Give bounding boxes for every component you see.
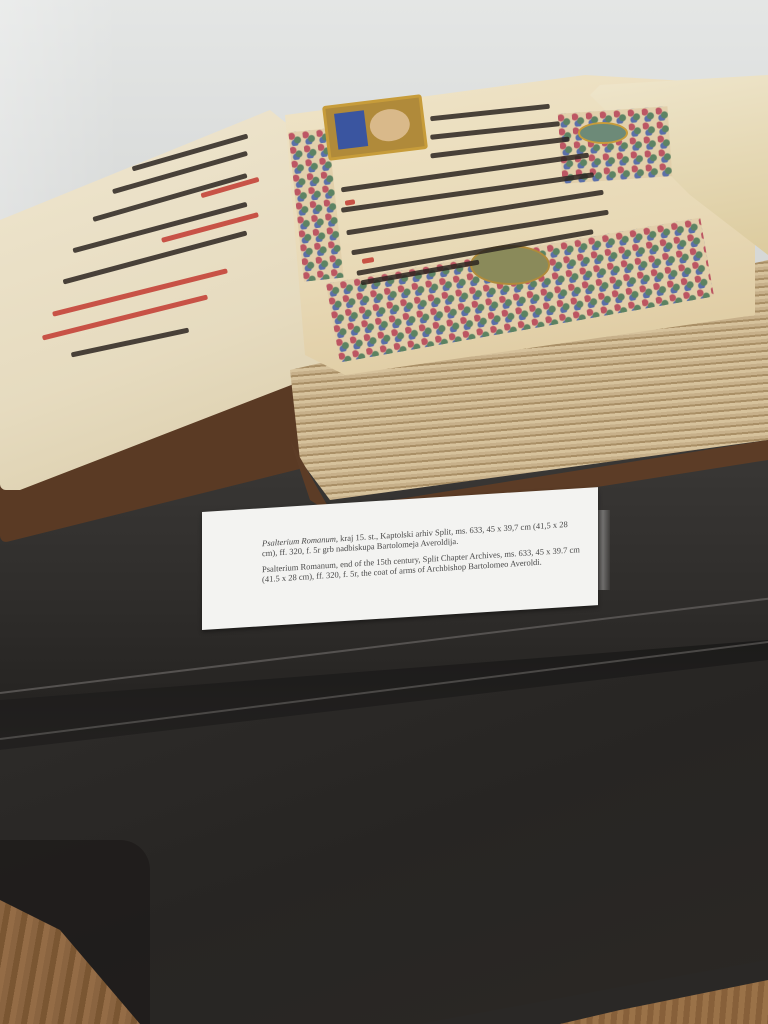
museum-display-photo: Psalterium Romanum, kraj 15. st., Kaptol… (0, 0, 768, 1024)
glass-reflection (596, 510, 610, 590)
floral-border (558, 106, 673, 184)
coat-of-arms-medallion (578, 122, 628, 144)
manuscript-book (0, 0, 768, 540)
exhibit-label: Psalterium Romanum, kraj 15. st., Kaptol… (202, 487, 598, 630)
